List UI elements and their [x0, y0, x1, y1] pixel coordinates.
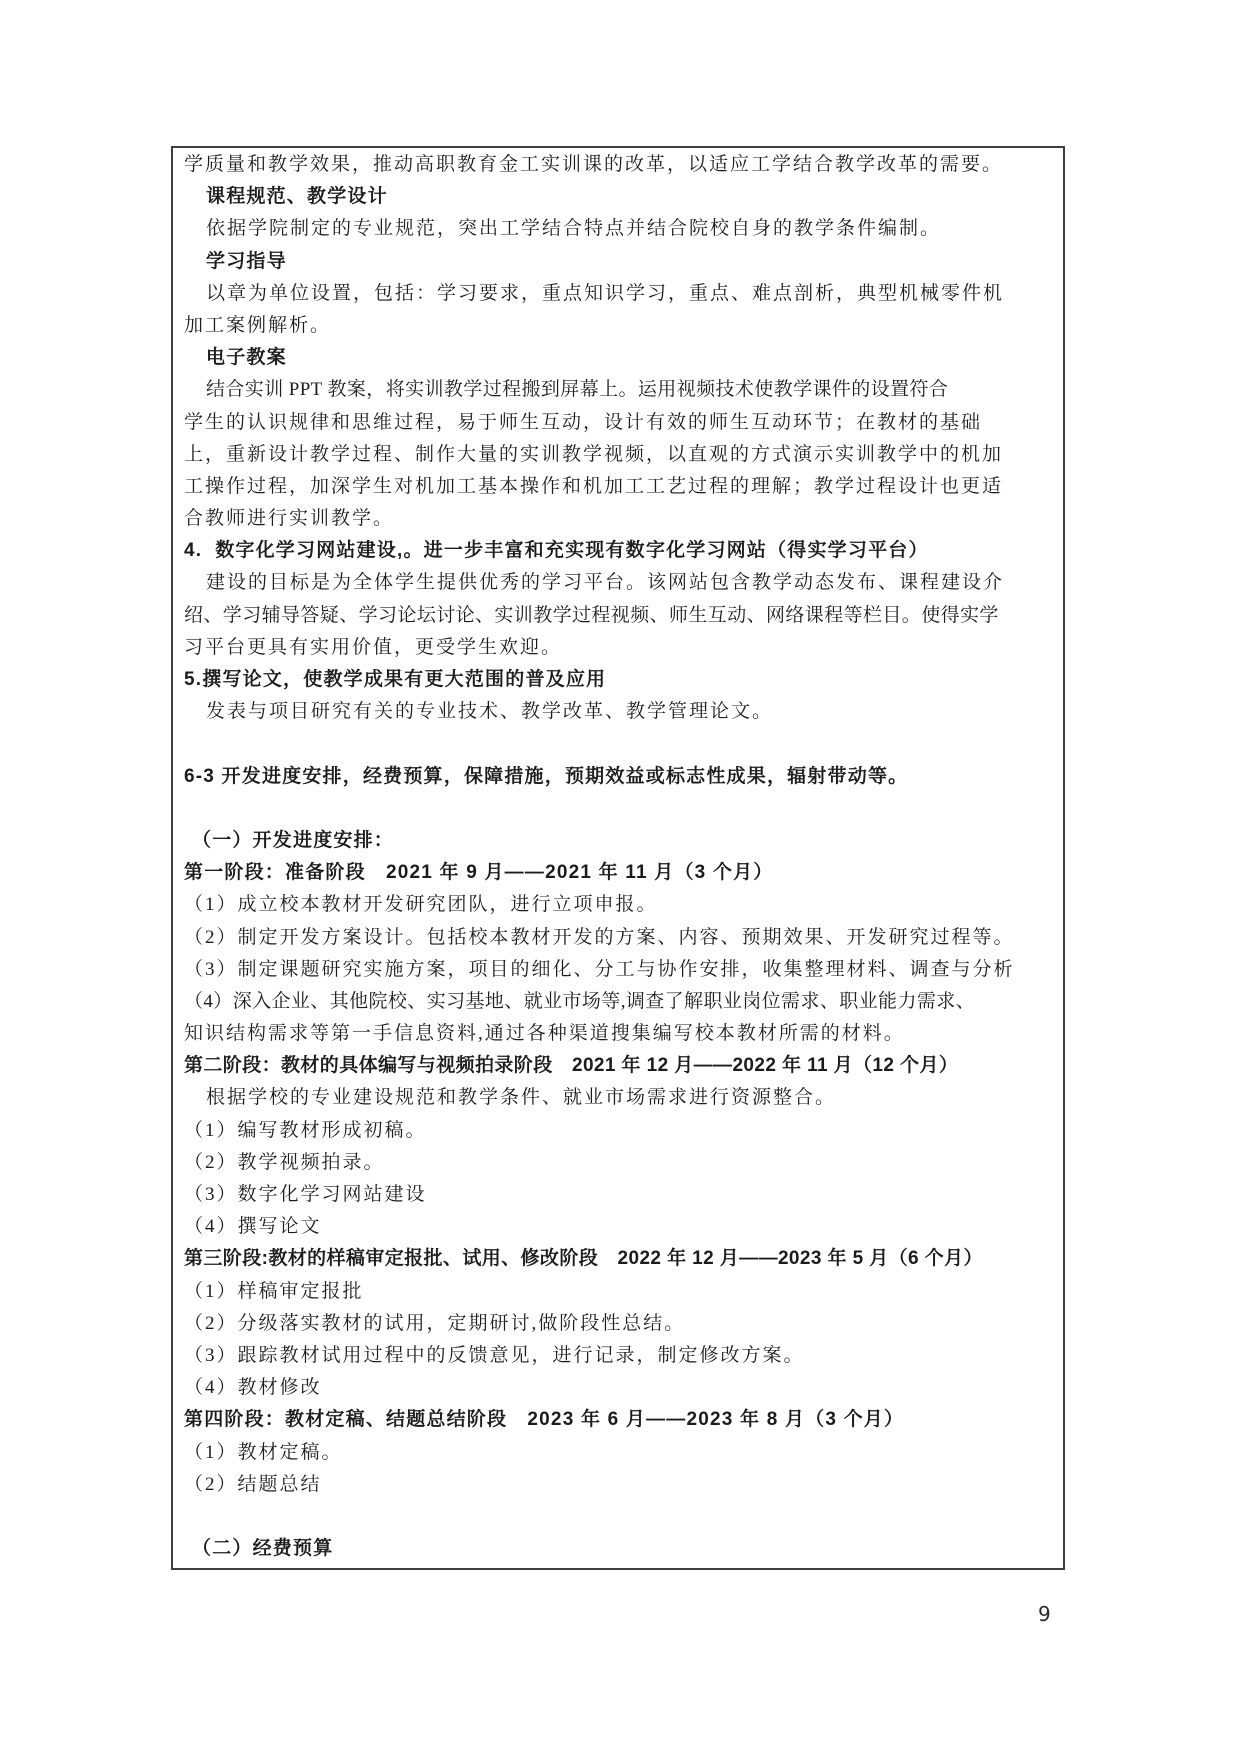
heading-line: 第二阶段：教材的具体编写与视频拍录阶段 2021 年 12 月——2022 年 …	[184, 1050, 1055, 1082]
text-line: （3）跟踪教材试用过程中的反馈意见，进行记录，制定修改方案。	[184, 1340, 1055, 1372]
blank-line	[184, 728, 1055, 760]
text-line: （3）数字化学习网站建设	[184, 1179, 1055, 1211]
heading-line: 第三阶段:教材的样稿审定报批、试用、修改阶段 2022 年 12 月——2023…	[184, 1243, 1055, 1275]
heading-line: 学习指导	[184, 246, 1055, 278]
page-number: 9	[1038, 1602, 1066, 1626]
heading-line: 电子教案	[184, 342, 1055, 374]
text-line: 加工案例解析。	[184, 310, 1055, 342]
text-line: 绍、学习辅导答疑、学习论坛讨论、实训教学过程视频、师生互动、网络课程等栏目。使得…	[184, 600, 1055, 632]
form-table-cell: 学质量和教学效果，推动高职教育金工实训课的改革，以适应工学结合教学改革的需要。课…	[171, 146, 1065, 1570]
text-line: （4）深入企业、其他院校、实习基地、就业市场等,调查了解职业岗位需求、职业能力需…	[184, 986, 1055, 1018]
heading-line: 5.撰写论文，使教学成果有更大范围的普及应用	[184, 664, 1055, 696]
text-line: （2）制定开发方案设计。包括校本教材开发的方案、内容、预期效果、开发研究过程等。	[184, 922, 1055, 954]
heading-line: 4. 数字化学习网站建设,。进一步丰富和充实现有数字化学习网站（得实学习平台）	[184, 535, 1055, 567]
text-line: 根据学校的专业建设规范和教学条件、就业市场需求进行资源整合。	[184, 1082, 1055, 1114]
heading-line: （二）经费预算	[184, 1533, 1055, 1565]
heading-line: 课程规范、教学设计	[184, 181, 1055, 213]
text-line: （2）结题总结	[184, 1469, 1055, 1501]
blank-line	[184, 1501, 1055, 1533]
heading-line: 第一阶段：准备阶段 2021 年 9 月——2021 年 11 月（3 个月）	[184, 857, 1055, 889]
heading-line: 6-3 开发进度安排，经费预算，保障措施，预期效益或标志性成果，辐射带动等。	[184, 761, 1055, 793]
text-line: （1）成立校本教材开发研究团队，进行立项申报。	[184, 889, 1055, 921]
text-line: 习平台更具有实用价值，更受学生欢迎。	[184, 632, 1055, 664]
text-line: （1）样稿审定报批	[184, 1276, 1055, 1308]
text-line: （2）教学视频拍录。	[184, 1147, 1055, 1179]
text-line: 合教师进行实训教学。	[184, 503, 1055, 535]
text-line: （2）分级落实教材的试用，定期研讨,做阶段性总结。	[184, 1308, 1055, 1340]
heading-line: 第四阶段：教材定稿、结题总结阶段 2023 年 6 月——2023 年 8 月（…	[184, 1404, 1055, 1436]
text-line: 学质量和教学效果，推动高职教育金工实训课的改革，以适应工学结合教学改革的需要。	[184, 149, 1055, 181]
text-line: （4）撰写论文	[184, 1211, 1055, 1243]
text-line: 结合实训 PPT 教案，将实训教学过程搬到屏幕上。运用视频技术使教学课件的设置符…	[184, 374, 1055, 406]
text-line: 学生的认识规律和思维过程，易于师生互动，设计有效的师生互动环节；在教材的基础	[184, 407, 1055, 439]
text-line: 知识结构需求等第一手信息资料,通过各种渠道搜集编写校本教材所需的材料。	[184, 1018, 1055, 1050]
heading-line: （一）开发进度安排：	[184, 825, 1055, 857]
text-line: 建设的目标是为全体学生提供优秀的学习平台。该网站包含教学动态发布、课程建设介	[184, 567, 1055, 599]
text-line: 上，重新设计教学过程、制作大量的实训教学视频，以直观的方式演示实训教学中的机加	[184, 439, 1055, 471]
text-line: 发表与项目研究有关的专业技术、教学改革、教学管理论文。	[184, 696, 1055, 728]
text-line: （1）教材定稿。	[184, 1437, 1055, 1469]
text-line: （1）编写教材形成初稿。	[184, 1115, 1055, 1147]
text-line: （3）制定课题研究实施方案，项目的细化、分工与协作安排，收集整理材料、调查与分析	[184, 954, 1055, 986]
text-line: （4）教材修改	[184, 1372, 1055, 1404]
blank-line	[184, 793, 1055, 825]
text-line: 工操作过程，加深学生对机加工基本操作和机加工工艺过程的理解；教学过程设计也更适	[184, 471, 1055, 503]
text-line: 依据学院制定的专业规范，突出工学结合特点并结合院校自身的教学条件编制。	[184, 213, 1055, 245]
text-line: 以章为单位设置，包括：学习要求，重点知识学习，重点、难点剖析，典型机械零件机	[184, 278, 1055, 310]
